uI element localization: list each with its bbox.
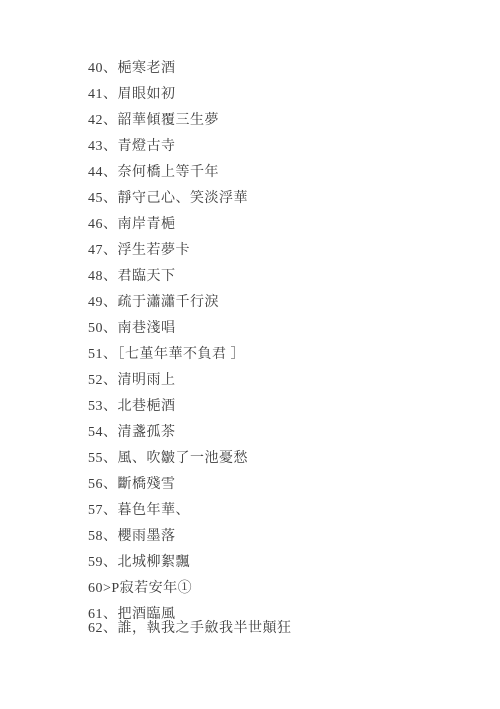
list-item: 59、北城柳絮飄 [88, 556, 490, 570]
list-item: 52、清明雨上 [88, 374, 490, 388]
list-item: 41、眉眼如初 [88, 88, 490, 102]
list-item: 47、浮生若夢卡 [88, 244, 490, 258]
list-item: 51、［七堇年華不負君 ］ [88, 348, 490, 362]
list-item: 43、青燈古寺 [88, 140, 490, 154]
list-item: 60>P寂若安年① [88, 582, 490, 596]
list-item: 48、君臨天下 [88, 270, 490, 284]
list-item: 55、風、吹皺了一池憂愁 [88, 452, 490, 466]
list-item: 50、南巷淺唱 [88, 322, 490, 336]
document-page: 40、梔寒老酒41、眉眼如初42、韶華傾覆三生夢43、青燈古寺44、奈何橋上等千… [0, 0, 500, 709]
title-list: 40、梔寒老酒41、眉眼如初42、韶華傾覆三生夢43、青燈古寺44、奈何橋上等千… [88, 62, 490, 636]
list-item: 62、誰，執我之手斂我半世顛狂 [88, 622, 490, 636]
list-item: 56、斷橋殘雪 [88, 478, 490, 492]
list-item: 40、梔寒老酒 [88, 62, 490, 76]
list-item: 45、靜守己心、笑淡浮華 [88, 192, 490, 206]
list-item: 61、把酒臨風 [88, 608, 490, 622]
list-item: 58、櫻雨墨落 [88, 530, 490, 544]
list-item: 42、韶華傾覆三生夢 [88, 114, 490, 128]
list-item: 53、北巷梔酒 [88, 400, 490, 414]
list-item: 57、暮色年華、 [88, 504, 490, 518]
list-item: 49、疏于瀟瀟千行淚 [88, 296, 490, 310]
list-item: 46、南岸青梔 [88, 218, 490, 232]
list-item: 44、奈何橋上等千年 [88, 166, 490, 180]
list-item: 54、清盞孤茶 [88, 426, 490, 440]
